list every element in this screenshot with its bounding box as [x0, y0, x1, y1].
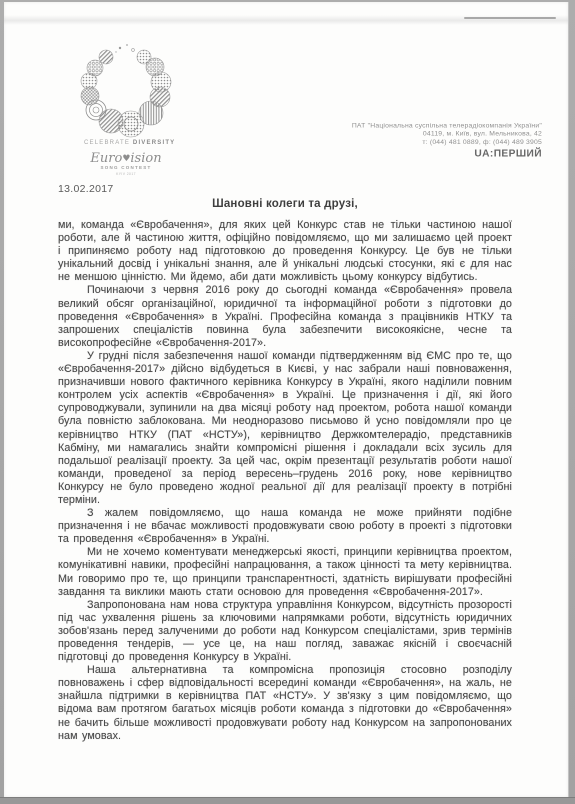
host-city-label: KYIV 2017 [97, 173, 156, 176]
letter-content: 13.02.2017 Шановні колеги та друзі, ми, … [58, 183, 512, 743]
necklace-beads-icon [70, 40, 182, 138]
logo-tagline: CELEBRATE DIVERSITY [84, 140, 168, 145]
eurovision-2017-logo: CELEBRATE DIVERSITY Euro♥ision SONG CONT… [56, 40, 196, 179]
channel-name: UA:ПЕРШИЙ [256, 150, 542, 158]
letter-page: CELEBRATE DIVERSITY Euro♥ision SONG CONT… [4, 2, 569, 797]
letter-paragraph: Ми не хочемо коментувати менеджерські як… [58, 546, 512, 598]
letterhead-contact-block: ПАТ "Національна суспільна телерадіокомп… [256, 122, 542, 158]
company-address: 04119, м. Київ, вул. Мельникова, 42 [256, 130, 542, 138]
letter-paragraph: Запропонована нам нова структура управлі… [58, 599, 512, 664]
eurovision-wordmark: Euro♥ision [56, 152, 196, 166]
letter-paragraph: У грудні після забезпечення нашої команд… [58, 350, 512, 507]
letter-body: ми, команда «Євробачення», для яких цей … [58, 219, 512, 743]
letter-paragraph: З жалем повідомляємо, що наша команда не… [58, 507, 512, 546]
letter-paragraph: ми, команда «Євробачення», для яких цей … [58, 219, 512, 284]
company-phones: т: (044) 481 0889, ф: (044) 489 3905 [256, 138, 542, 146]
letter-paragraph: Наша альтернативна та компромісна пропоз… [58, 664, 512, 743]
song-contest-label: SONG CONTEST [91, 166, 161, 170]
scan-artifact-line [464, 17, 556, 19]
letter-date: 13.02.2017 [58, 183, 512, 195]
letter-paragraph: Починаючи з червня 2016 року до сьогодні… [58, 284, 512, 349]
company-name: ПАТ "Національна суспільна телерадіокомп… [256, 122, 542, 130]
salutation: Шановні колеги та друзі, [58, 198, 512, 210]
